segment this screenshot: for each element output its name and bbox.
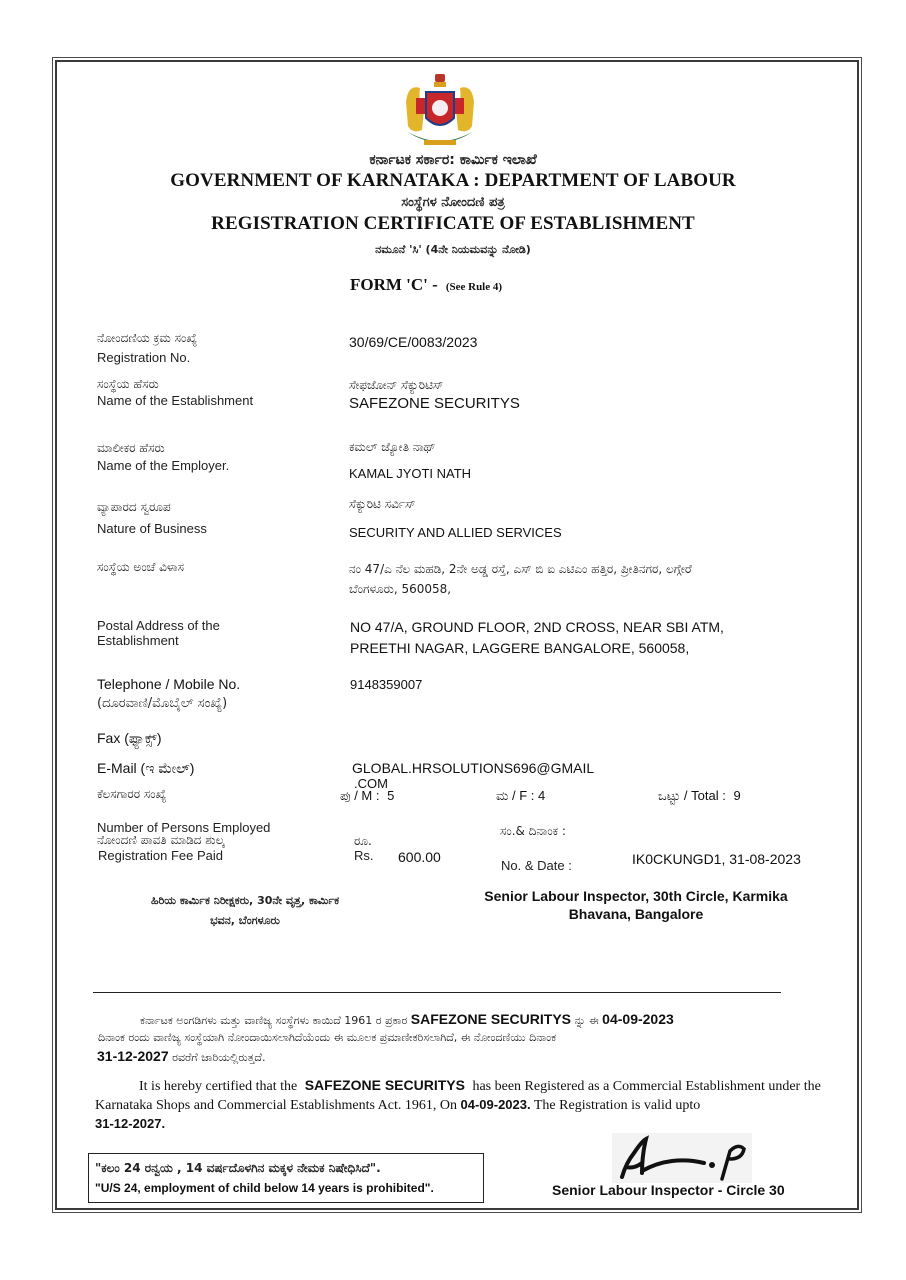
signature-title: Senior Labour Inspector - Circle 30 (552, 1182, 785, 1198)
certification-kn-line3: 31-12-2027 ರವರೆಗೆ ಜಾರಿಯಲ್ಲಿರುತ್ತದೆ. (97, 1048, 265, 1065)
currency-label-kn: ರೂ. (354, 834, 372, 849)
child-labour-notice: "ಕಲಂ 24 ರನ್ವಯ , 14 ವರ್ಷದೊಳಗಿನ ಮಕ್ಕಳ ನೇಮಕ… (88, 1153, 484, 1203)
registration-no-label: Registration No. (97, 350, 190, 365)
form-heading: FORM 'C' - (See Rule 4) (350, 275, 502, 295)
persons-employed-label-kn: ಕೆಲಸಗಾರರ ಸಂಖ್ಯೆ (97, 787, 166, 802)
issuer-en-line2: Bhavana, Bangalore (460, 906, 812, 922)
notice-en: "U/S 24, employment of child below 14 ye… (95, 1178, 477, 1198)
postal-address-label-line2: Establishment (97, 633, 179, 648)
no-date-label: No. & Date : (501, 858, 572, 873)
certification-kn-post: ರವರೆಗೆ ಜಾರಿಯಲ್ಲಿರುತ್ತದೆ. (172, 1051, 265, 1064)
issuer-kn-line2: ಭವನ, ಬೆಂಗಳೂರು (95, 914, 395, 928)
certification-en-date: 04-09-2023. (461, 1097, 531, 1112)
telephone-label: Telephone / Mobile No. (97, 676, 240, 692)
certification-kn-line1: ಕರ್ನಾಟಕ ಅಂಗಡಿಗಳು ಮತ್ತು ವಾಣಿಜ್ಯ ಸಂಸ್ಥೆಗಳು… (140, 1011, 674, 1028)
header-kannada-title: ಕರ್ನಾಟಕ ಸರ್ಕಾರ: ಕಾರ್ಮಿಕ ಇಲಾಖೆ (0, 152, 906, 168)
header-kannada-form: ನಮೂನೆ 'ಸಿ' (4ನೇ ನಿಯಮವನ್ನು ನೋಡಿ) (0, 243, 906, 257)
issuer-en-line1: Senior Labour Inspector, 30th Circle, Ka… (460, 888, 812, 904)
employer-name-label-kn: ಮಾಲೀಕರ ಹೆಸರು (97, 441, 165, 456)
karnataka-emblem-icon (398, 72, 482, 152)
registration-fee-label: Registration Fee Paid (98, 848, 223, 863)
employer-name-value-kn: ಕಮಲ್ ಜ್ಯೋತಿ ನಾಥ್ (349, 440, 435, 455)
establishment-name-value: SAFEZONE SECURITYS (349, 395, 520, 412)
total-label: ಒಟ್ಟು / Total : (658, 788, 726, 803)
business-nature-label: Nature of Business (97, 521, 207, 536)
postal-address-value-line1: NO 47/A, GROUND FLOOR, 2ND CROSS, NEAR S… (350, 619, 724, 635)
certification-kn-date: 04-09-2023 (602, 1011, 674, 1027)
issuer-kn-line1: ಹಿರಿಯ ಕಾರ್ಮಿಕ ನಿರೀಕ್ಷಕರು, 30ನೇ ವೃತ್ತ, ಕಾ… (95, 894, 395, 908)
male-value: 5 (387, 788, 394, 803)
email-value-line1: GLOBAL.HRSOLUTIONS696@GMAIL (352, 760, 594, 776)
form-label: FORM 'C' - (350, 275, 438, 294)
total-value: 9 (733, 788, 740, 803)
registration-no-label-kn: ನೋಂದಣಿಯ ಕ್ರಮ ಸಂಖ್ಯೆ (97, 331, 197, 346)
form-rule: (See Rule 4) (446, 281, 502, 293)
establishment-name-label-kn: ಸಂಸ್ಥೆಯ ಹೆಸರು (97, 377, 159, 392)
signature-icon (612, 1133, 752, 1183)
divider (93, 992, 781, 993)
certification-en-pre: It is hereby certified that the (139, 1079, 297, 1094)
no-date-label-kn: ಸಂ.& ದಿನಾಂಕ : (500, 824, 566, 839)
certification-kn-name: SAFEZONE SECURITYS (411, 1011, 571, 1027)
postal-address-label-kn: ಸಂಸ್ಥೆಯ ಅಂಚೆ ವಿಳಾಸ (97, 560, 184, 575)
header-title: GOVERNMENT OF KARNATAKA : DEPARTMENT OF … (0, 170, 906, 192)
certification-en-name: SAFEZONE SECURITYS (305, 1077, 465, 1093)
postal-address-value-kn-line2: ಬೆಂಗಳೂರು, 560058, (349, 582, 451, 597)
business-nature-label-kn: ವ್ಯಾಪಾರದ ಸ್ವರೂಪ (97, 500, 171, 515)
header-subtitle: REGISTRATION CERTIFICATE OF ESTABLISHMEN… (0, 213, 906, 235)
business-nature-value-kn: ಸೆಕ್ಯುರಿಟಿ ಸರ್ವಿಸ್ (349, 497, 415, 512)
business-nature-value: SECURITY AND ALLIED SERVICES (349, 525, 562, 540)
header-kannada-subtitle: ಸಂಸ್ಥೆಗಳ ನೋಂದಣಿ ಪತ್ರ (0, 195, 906, 210)
employer-name-value: KAMAL JYOTI NATH (349, 466, 471, 481)
establishment-name-value-kn: ಸೇಫಜೋನ್ ಸೆಕ್ಯುರಿಟಿಸ್ (349, 378, 443, 393)
no-date-value: IK0CKUNGD1, 31-08-2023 (632, 851, 801, 867)
postal-address-value-kn-line1: ನಂ 47/ಎ ನೆಲ ಮಹಡಿ, 2ನೇ ಅಡ್ಡ ರಸ್ತೆ, ಎಸ್ ಬಿ… (349, 562, 692, 577)
certification-kn-text: ಕರ್ನಾಟಕ ಅಂಗಡಿಗಳು ಮತ್ತು ವಾಣಿಜ್ಯ ಸಂಸ್ಥೆಗಳು… (140, 1014, 407, 1027)
certification-en: It is hereby certified that the SAFEZONE… (95, 1076, 835, 1134)
currency-label: Rs. (354, 848, 374, 863)
notice-kn: "ಕಲಂ 24 ರನ್ವಯ , 14 ವರ್ಷದೊಳಗಿನ ಮಕ್ಕಳ ನೇಮಕ… (95, 1158, 477, 1178)
postal-address-value-line2: PREETHI NAGAR, LAGGERE BANGALORE, 560058… (350, 640, 689, 656)
registration-fee-label-kn: ನೋಂದಣಿ ಪಾವತಿ ಮಾಡಿದ ಶುಲ್ಕ (97, 833, 225, 848)
postal-address-label-line1: Postal Address of the (97, 618, 220, 633)
male-label: ಪು / M : (340, 788, 379, 803)
male-count: ಪು / M : 5 (340, 788, 394, 804)
total-count: ಒಟ್ಟು / Total : 9 (658, 788, 741, 804)
fax-label: Fax (ಫ್ಯಾಕ್ಸ್) (97, 730, 162, 747)
certification-kn-mid: ನ್ನು ಈ (575, 1014, 599, 1027)
registration-no-value: 30/69/CE/0083/2023 (349, 334, 477, 350)
establishment-name-label: Name of the Establishment (97, 393, 253, 408)
telephone-label-kn: (ದೂರವಾಣಿ/ಮೊಬೈಲ್ ಸಂಖ್ಯೆ) (97, 696, 227, 711)
certification-en-valid: 31-12-2027. (95, 1116, 165, 1131)
registration-fee-value: 600.00 (398, 849, 441, 865)
female-count: ಮ / F : 4 (496, 788, 545, 804)
email-label: E-Mail (ಇ ಮೇಲ್) (97, 760, 194, 777)
certification-kn-valid-date: 31-12-2027 (97, 1048, 169, 1064)
signature-area (612, 1133, 752, 1183)
certification-en-post: The Registration is valid upto (534, 1098, 700, 1113)
certification-kn-line2: ದಿನಾಂಕ ರಂದು ವಾಣಿಜ್ಯ ಸಂಸ್ಥೆಯಾಗಿ ನೋಂದಾಯಿಸಲ… (98, 1031, 556, 1045)
employer-name-label: Name of the Employer. (97, 458, 229, 473)
telephone-value: 9148359007 (350, 677, 422, 692)
